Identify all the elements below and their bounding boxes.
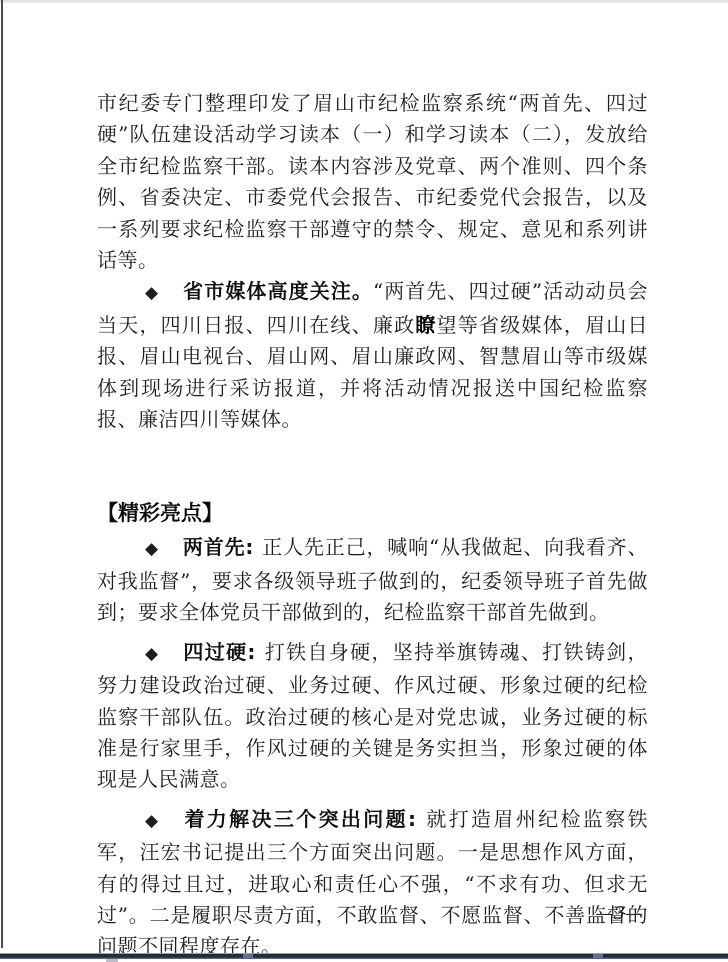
paragraph-media-attention: ◆省市媒体高度关注。“两首先、四过硬”活动动员会当天，四川日报、四川在线、廉政瞭… xyxy=(97,276,648,435)
section-heading-highlights: 【精彩亮点】 xyxy=(97,497,648,529)
paragraph-lead: 着力解决三个突出问题: xyxy=(184,807,416,831)
paragraph-text: 打铁自身硬，坚持举旗铸魂、打铁铸剑，努力建设政治过硬、业务过硬、作风过硬、形象过… xyxy=(97,640,648,792)
diamond-bullet-icon: ◆ xyxy=(145,811,160,831)
paragraph-continuation: 市纪委专门整理印发了眉山市纪检监察系统“两首先、四过硬”队伍建设活动学习读本（一… xyxy=(97,88,648,276)
page-content: 市纪委专门整理印发了眉山市纪检监察系统“两首先、四过硬”队伍建设活动学习读本（一… xyxy=(97,88,648,962)
diamond-bullet-icon: ◆ xyxy=(145,539,159,559)
document-page: 市纪委专门整理印发了眉山市纪检监察系统“两首先、四过硬”队伍建设活动学习读本（一… xyxy=(0,0,728,962)
paragraph-three-problems: ◆着力解决三个突出问题:就打造眉州纪检监察铁军，汪宏书记提出三个方面突出问题。一… xyxy=(97,804,648,962)
diamond-bullet-icon: ◆ xyxy=(145,283,159,303)
diamond-bullet-icon: ◆ xyxy=(145,644,159,664)
paragraph-text: 正人先正己，喊响“从我做起、向我看齐、对我监督”，要求各级领导班子做到的，纪委领… xyxy=(97,535,648,624)
paragraph-lead: 省市媒体高度关注。 xyxy=(183,279,373,303)
scan-band-artifact xyxy=(593,954,603,958)
paragraph-four-hards: ◆四过硬:打铁自身硬，坚持举旗铸魂、打铁铸剑，努力建设政治过硬、业务过硬、作风过… xyxy=(97,637,648,796)
paragraph-lead: 四过硬: xyxy=(183,640,256,664)
page-number: —3— xyxy=(596,903,643,924)
scan-top-edge xyxy=(0,0,728,3)
scan-left-edge-line xyxy=(1,0,3,948)
paragraph-two-firsts: ◆两首先:正人先正己，喊响“从我做起、向我看齐、对我监督”，要求各级领导班子做到… xyxy=(97,532,648,628)
scan-band-artifact xyxy=(243,954,253,958)
paragraph-lead: 两首先: xyxy=(183,535,254,559)
bold-glyph-liao: 瞭 xyxy=(415,313,436,337)
